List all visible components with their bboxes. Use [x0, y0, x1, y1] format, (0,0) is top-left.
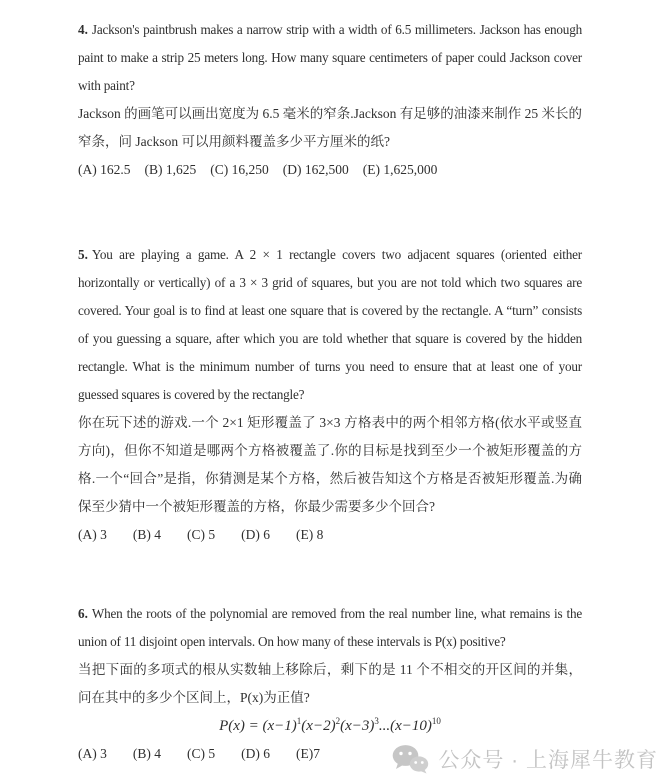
polynomial-formula: P(x) = (x−1)1(x−2)2(x−3)3...(x−10)10 — [78, 712, 582, 740]
choice-e: (E) 1,625,000 — [363, 156, 438, 184]
problem-4-english: 4.Jackson's paintbrush makes a narrow st… — [78, 16, 582, 100]
document-page: 4.Jackson's paintbrush makes a narrow st… — [0, 0, 668, 768]
problem-4-english-text: Jackson's paintbrush makes a narrow stri… — [78, 22, 582, 93]
problem-5-english-text: You are playing a game. A 2 × 1 rectangl… — [78, 247, 582, 402]
formula-factor-4: ...(x−10) — [379, 718, 432, 734]
problem-5-answer-choices: (A) 3 (B) 4 (C) 5 (D) 6 (E) 8 — [78, 521, 582, 549]
choice-b: (B) 4 — [133, 740, 161, 768]
problem-6-english-text: When the roots of the polynomial are rem… — [78, 606, 582, 649]
problem-6-number: 6. — [78, 606, 92, 621]
choice-d: (D) 6 — [241, 521, 270, 549]
wechat-icon — [392, 744, 429, 774]
problem-5: 5.You are playing a game. A 2 × 1 rectan… — [78, 241, 582, 549]
problem-4-chinese: Jackson 的画笔可以画出宽度为 6.5 毫米的窄条.Jackson 有足够… — [78, 100, 582, 156]
formula-exponent-4: 10 — [432, 716, 441, 726]
formula-factor-3: (x−3) — [340, 718, 374, 734]
problem-5-chinese: 你在玩下述的游戏.一个 2×1 矩形覆盖了 3×3 方格表中的两个相邻方格(依水… — [78, 409, 582, 521]
choice-d: (D) 6 — [241, 740, 270, 768]
problem-4-number: 4. — [78, 22, 92, 37]
problem-4-answer-choices: (A) 162.5 (B) 1,625 (C) 16,250 (D) 162,5… — [78, 156, 582, 184]
problem-6: 6.When the roots of the polynomial are r… — [78, 600, 582, 768]
choice-c: (C) 5 — [187, 521, 215, 549]
formula-factor-1: P(x) = (x−1) — [219, 718, 297, 734]
problem-6-english: 6.When the roots of the polynomial are r… — [78, 600, 582, 656]
choice-c: (C) 16,250 — [210, 156, 269, 184]
choice-a: (A) 3 — [78, 521, 107, 549]
watermark: 公众号 · 上海犀牛教育 — [392, 744, 658, 774]
choice-e: (E)7 — [296, 740, 320, 768]
formula-factor-2: (x−2) — [301, 718, 335, 734]
problem-5-number: 5. — [78, 247, 92, 262]
choice-a: (A) 162.5 — [78, 156, 131, 184]
choice-b: (B) 4 — [133, 521, 161, 549]
choice-c: (C) 5 — [187, 740, 215, 768]
choice-e: (E) 8 — [296, 521, 323, 549]
watermark-text: 公众号 · 上海犀牛教育 — [438, 744, 658, 774]
choice-b: (B) 1,625 — [145, 156, 197, 184]
choice-a: (A) 3 — [78, 740, 107, 768]
problem-4: 4.Jackson's paintbrush makes a narrow st… — [78, 16, 582, 184]
problem-6-chinese: 当把下面的多项式的根从实数轴上移除后，剩下的是 11 个不相交的开区间的并集，问… — [78, 656, 582, 712]
problem-5-english: 5.You are playing a game. A 2 × 1 rectan… — [78, 241, 582, 409]
choice-d: (D) 162,500 — [283, 156, 349, 184]
